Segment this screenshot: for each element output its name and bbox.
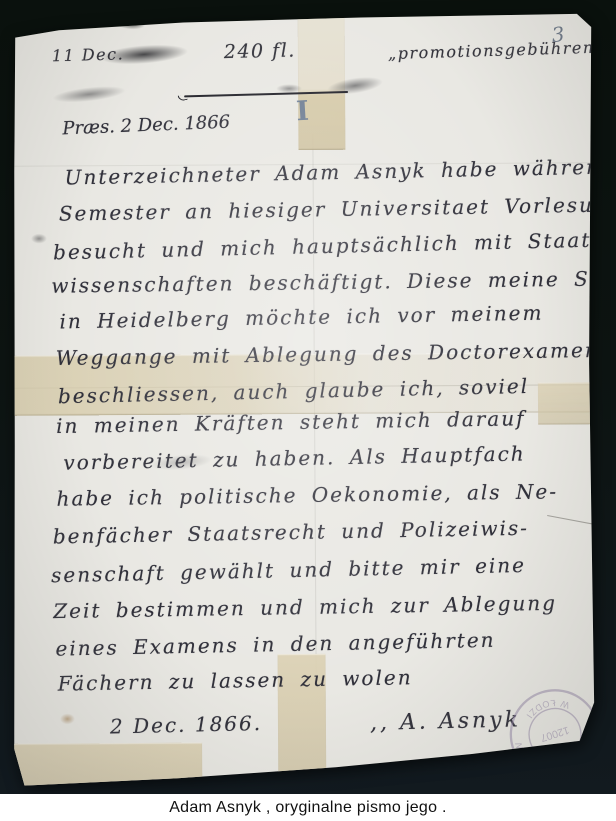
fee-amount: 240 fl. — [224, 39, 296, 63]
ink-smudge — [111, 14, 146, 31]
paper-tear — [547, 515, 602, 527]
letter-line: senschaft gewählt und bitte mir eine — [51, 553, 526, 587]
letter-line: wissenschaften beschäftigt. Diese meine … — [51, 266, 602, 298]
letter-paper: 11 Dec. 240 fl. „promotionsgebühren“ I 3… — [6, 12, 603, 796]
letter-line: besucht und mich hauptsächlich mit Staat… — [53, 227, 603, 264]
fee-note-date: 11 Dec. — [52, 44, 125, 65]
pencil-numeral: I — [295, 96, 309, 128]
scanned-letter: 11 Dec. 240 fl. „promotionsgebühren“ I 3… — [8, 14, 600, 794]
letter-line: Semester an hiesiger Universitaet Vorles… — [59, 192, 603, 226]
letter-line: vorbereitet zu haben. Als Hauptfach — [63, 441, 526, 474]
letter-line: Unterzeichneter Adam Asnyk habe während … — [64, 154, 602, 190]
stain-spot — [60, 713, 75, 724]
letter-line: eines Examens in den angeführten — [55, 628, 496, 661]
page-number: 3 — [550, 22, 565, 47]
closing-date: 2 Dec. 1866. — [110, 711, 263, 739]
ink-smudge — [52, 83, 127, 105]
stamp-number: 12007 — [539, 724, 571, 744]
svg-text:W ŁODZI: W ŁODZI — [520, 692, 573, 724]
tape-strip-right-edge — [538, 382, 600, 424]
caption-text: Adam Asnyk , oryginalne pismo jego . — [169, 799, 447, 817]
tape-strip-bottom-left — [10, 743, 202, 794]
caption-band: Adam Asnyk , oryginalne pismo jego . — [0, 794, 616, 821]
fee-label: „promotionsgebühren“ — [388, 38, 603, 64]
tape-strip-top — [298, 14, 346, 150]
archive-stamp: ARCHIWUM PAŃSTWOWE W ŁODZI 12007 — [495, 674, 602, 794]
letter-line: habe ich politische Oekonomie, als Ne- — [56, 479, 558, 510]
letter-line: benfächer Staatsrecht und Polizeiwis- — [53, 516, 530, 549]
letter-line: Zeit bestimmen und mich zur Ablegung — [53, 591, 557, 623]
letter-line: in Heidelberg möchte ich vor meinem — [59, 301, 543, 334]
letter-line: Fächern zu lassen zu wolen — [57, 665, 412, 695]
ink-smudge — [31, 234, 47, 244]
ink-smudge — [81, 12, 111, 28]
received-note: Præs. 2 Dec. 1866 — [62, 112, 231, 140]
stamp-ring-text-bottom: W ŁODZI — [520, 692, 573, 724]
ink-smudge — [22, 14, 42, 23]
